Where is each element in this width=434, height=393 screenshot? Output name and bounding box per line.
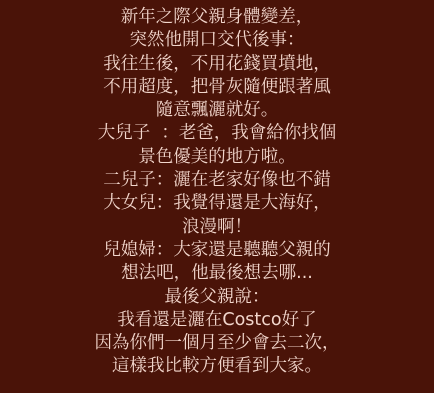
text-line: 突然他開口交代後事： <box>0 29 434 52</box>
text-line: 兒媳婦：大家還是聽聽父親的 <box>0 239 434 262</box>
text-line: 隨意飄灑就好。 <box>0 99 434 122</box>
text-line: 因為你們一個月至少會去二次， <box>0 332 434 355</box>
story-text-block: 新年之際父親身體變差， 突然他開口交代後事： 我往生後，不用花錢買墳地， 不用超… <box>0 0 434 379</box>
text-line: 我看還是灑在Costco好了 <box>0 309 434 332</box>
text-line: 景色優美的地方啦。 <box>0 146 434 169</box>
text-line: 不用超度，把骨灰隨便跟著風 <box>0 76 434 99</box>
text-line: 浪漫啊！ <box>0 216 434 239</box>
text-line: 最後父親說： <box>0 286 434 309</box>
text-line: 新年之際父親身體變差， <box>0 6 434 29</box>
text-line: 想法吧，他最後想去哪... <box>0 262 434 285</box>
text-line: 這樣我比較方便看到大家。 <box>0 355 434 378</box>
text-line: 二兒子：灑在老家好像也不錯 <box>0 169 434 192</box>
text-line: 大女兒：我覺得還是大海好， <box>0 192 434 215</box>
text-line: 大兒子 ：老爸，我會給你找個 <box>0 122 434 145</box>
text-line: 我往生後，不用花錢買墳地， <box>0 53 434 76</box>
